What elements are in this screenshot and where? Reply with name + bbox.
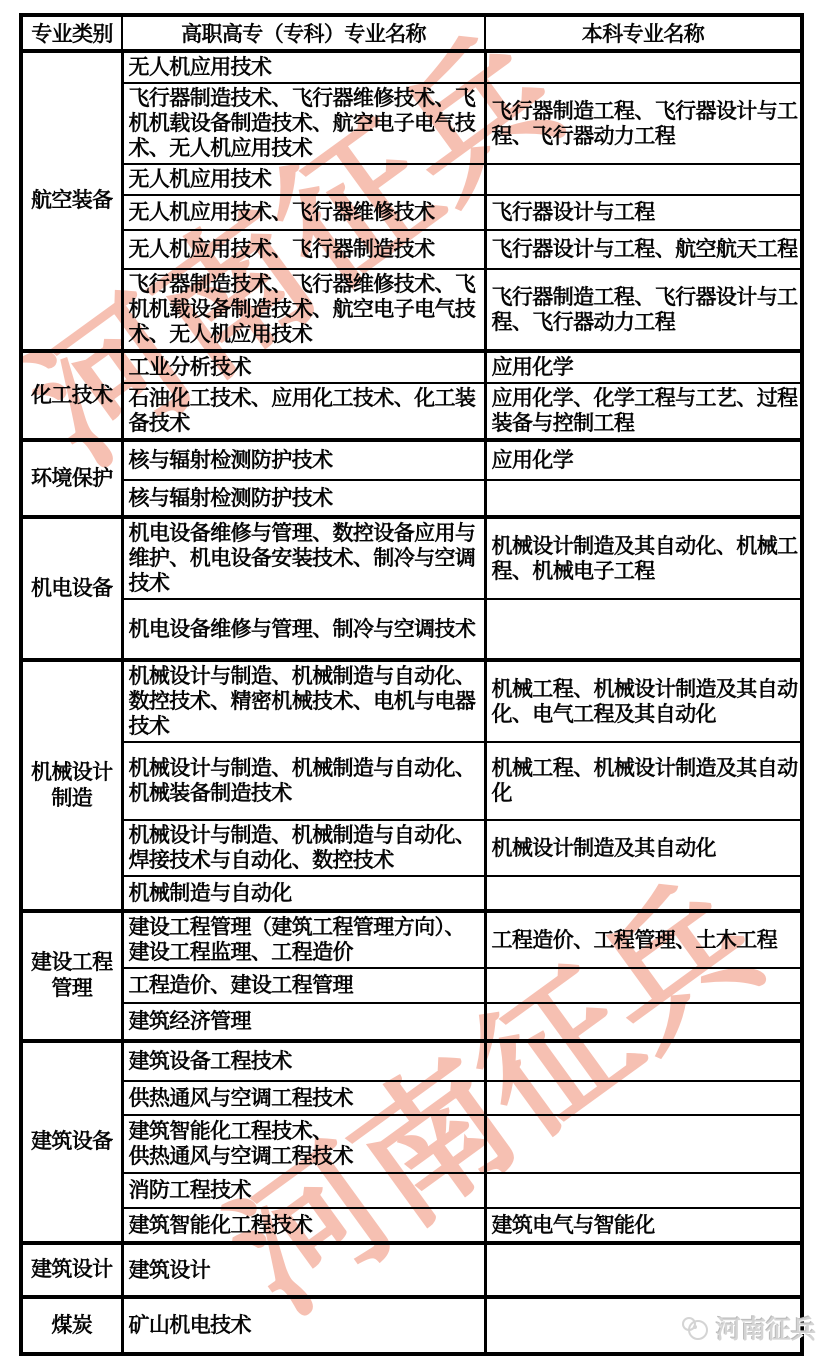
table-row: 机械制造与自动化 (21, 876, 802, 911)
vocational-majors-cell: 供热通风与空调工程技术 (122, 1081, 485, 1115)
vocational-majors-cell: 机电设备维修与管理、数控设备应用与维护、机电设备安装技术、制冷与空调技术 (122, 517, 485, 599)
undergrad-majors-cell: 工程造价、工程管理、土木工程 (485, 911, 802, 968)
vocational-majors-cell: 无人机应用技术 (122, 51, 485, 83)
document-page: 专业类别 高职高专（专科）专业名称 本科专业名称 航空装备 无人机应用技术 飞行… (0, 0, 816, 1369)
undergrad-majors-cell: 飞行器设计与工程、航空航天工程 (485, 230, 802, 269)
table-row: 化工技术 工业分析技术 应用化学 (21, 351, 802, 383)
vocational-majors-cell: 机械制造与自动化 (122, 876, 485, 911)
table-row: 建设工程管理 建设工程管理（建筑工程管理方向）、建设工程监理、工程造价 工程造价… (21, 911, 802, 968)
table-row: 机械设计制造 机械设计与制造、机械制造与自动化、数控技术、精密机械技术、电机与电… (21, 660, 802, 742)
vocational-majors-cell: 建筑经济管理 (122, 1003, 485, 1041)
table-row: 机电设备维修与管理、制冷与空调技术 (21, 599, 802, 660)
vocational-majors-cell: 无人机应用技术、飞行器维修技术 (122, 195, 485, 230)
undergrad-majors-cell (485, 51, 802, 83)
vocational-majors-cell: 机械设计与制造、机械制造与自动化、数控技术、精密机械技术、电机与电器技术 (122, 660, 485, 742)
vocational-majors-cell: 工程造价、建设工程管理 (122, 968, 485, 1003)
category-cell: 机械设计制造 (21, 660, 122, 911)
brand-logo: 河南征兵 (679, 1310, 816, 1346)
table-row: 飞行器制造技术、飞行器维修技术、飞机机载设备制造技术、航空电子电气技术、无人机应… (21, 83, 802, 164)
vocational-majors-cell: 石油化工技术、应用化工技术、化工装备技术 (122, 383, 485, 440)
brand-logo-label: 河南征兵 (716, 1310, 816, 1346)
undergrad-majors-cell (485, 968, 802, 1003)
vocational-majors-cell: 消防工程技术 (122, 1173, 485, 1208)
undergrad-majors-cell: 机械工程、机械设计制造及其自动化 (485, 742, 802, 820)
vocational-majors-cell: 矿山机电技术 (122, 1297, 485, 1354)
vocational-majors-cell: 工业分析技术 (122, 351, 485, 383)
category-cell: 建筑设计 (21, 1243, 122, 1297)
category-cell: 环境保护 (21, 440, 122, 517)
majors-table: 专业类别 高职高专（专科）专业名称 本科专业名称 航空装备 无人机应用技术 飞行… (19, 13, 804, 1356)
undergrad-majors-cell: 应用化学 (485, 351, 802, 383)
table-row: 无人机应用技术、飞行器维修技术 飞行器设计与工程 (21, 195, 802, 230)
undergrad-majors-cell: 机械工程、机械设计制造及其自动化、电气工程及其自动化 (485, 660, 802, 742)
category-cell: 机电设备 (21, 517, 122, 660)
vocational-majors-cell: 建筑智能化工程技术、 供热通风与空调工程技术 (122, 1115, 485, 1173)
vocational-majors-cell: 建筑智能化工程技术 (122, 1208, 485, 1243)
column-header-undergraduate: 本科专业名称 (485, 15, 802, 51)
vocational-majors-cell: 核与辐射检测防护技术 (122, 480, 485, 517)
undergrad-majors-cell: 飞行器设计与工程 (485, 195, 802, 230)
table-row: 飞行器制造技术、飞行器维修技术、飞机机载设备制造技术、航空电子电气技术、无人机应… (21, 269, 802, 351)
table-row: 环境保护 核与辐射检测防护技术 应用化学 (21, 440, 802, 480)
column-header-vocational: 高职高专（专科）专业名称 (122, 15, 485, 51)
undergrad-majors-cell (485, 1243, 802, 1297)
undergrad-majors-cell (485, 480, 802, 517)
undergrad-majors-cell: 机械设计制造及其自动化 (485, 820, 802, 876)
category-cell: 建筑设备 (21, 1041, 122, 1243)
table-row: 机械设计与制造、机械制造与自动化、焊接技术与自动化、数控技术 机械设计制造及其自… (21, 820, 802, 876)
undergrad-majors-cell: 飞行器制造工程、飞行器设计与工程、飞行器动力工程 (485, 83, 802, 164)
vocational-majors-cell: 机电设备维修与管理、制冷与空调技术 (122, 599, 485, 660)
table-row: 核与辐射检测防护技术 (21, 480, 802, 517)
table-row: 机电设备 机电设备维修与管理、数控设备应用与维护、机电设备安装技术、制冷与空调技… (21, 517, 802, 599)
undergrad-majors-cell: 飞行器制造工程、飞行器设计与工程、飞行器动力工程 (485, 269, 802, 351)
undergrad-majors-cell (485, 876, 802, 911)
table-row: 建筑设计 建筑设计 (21, 1243, 802, 1297)
table-row: 消防工程技术 (21, 1173, 802, 1208)
table-row: 建筑设备 建筑设备工程技术 (21, 1041, 802, 1081)
vocational-majors-cell: 核与辐射检测防护技术 (122, 440, 485, 480)
vocational-majors-cell: 机械设计与制造、机械制造与自动化、机械装备制造技术 (122, 742, 485, 820)
column-header-category: 专业类别 (21, 15, 122, 51)
table-row: 无人机应用技术 (21, 164, 802, 195)
undergrad-majors-cell (485, 1003, 802, 1041)
table-row: 建筑智能化工程技术 建筑电气与智能化 (21, 1208, 802, 1243)
table-row: 供热通风与空调工程技术 (21, 1081, 802, 1115)
vocational-majors-cell: 无人机应用技术、飞行器制造技术 (122, 230, 485, 269)
table-row: 石油化工技术、应用化工技术、化工装备技术 应用化学、化学工程与工艺、过程装备与控… (21, 383, 802, 440)
undergrad-majors-cell: 应用化学 (485, 440, 802, 480)
undergrad-majors-cell (485, 164, 802, 195)
undergrad-majors-cell (485, 1173, 802, 1208)
vocational-majors-cell: 飞行器制造技术、飞行器维修技术、飞机机载设备制造技术、航空电子电气技术、无人机应… (122, 269, 485, 351)
category-cell: 航空装备 (21, 51, 122, 351)
table-row: 建筑经济管理 (21, 1003, 802, 1041)
table-row: 机械设计与制造、机械制造与自动化、机械装备制造技术 机械工程、机械设计制造及其自… (21, 742, 802, 820)
category-cell: 建设工程管理 (21, 911, 122, 1041)
table-row: 工程造价、建设工程管理 (21, 968, 802, 1003)
undergrad-majors-cell (485, 1115, 802, 1173)
undergrad-majors-cell: 建筑电气与智能化 (485, 1208, 802, 1243)
table-row: 航空装备 无人机应用技术 (21, 51, 802, 83)
category-cell: 化工技术 (21, 351, 122, 440)
vocational-majors-cell: 机械设计与制造、机械制造与自动化、焊接技术与自动化、数控技术 (122, 820, 485, 876)
undergrad-majors-cell: 机械设计制造及其自动化、机械工程、机械电子工程 (485, 517, 802, 599)
vocational-majors-cell: 建筑设备工程技术 (122, 1041, 485, 1081)
brand-icon (679, 1314, 711, 1342)
vocational-majors-cell: 无人机应用技术 (122, 164, 485, 195)
vocational-majors-cell: 飞行器制造技术、飞行器维修技术、飞机机载设备制造技术、航空电子电气技术、无人机应… (122, 83, 485, 164)
category-cell: 煤炭 (21, 1297, 122, 1354)
undergrad-majors-cell (485, 599, 802, 660)
table-row: 建筑智能化工程技术、 供热通风与空调工程技术 (21, 1115, 802, 1173)
undergrad-majors-cell: 应用化学、化学工程与工艺、过程装备与控制工程 (485, 383, 802, 440)
vocational-majors-cell: 建设工程管理（建筑工程管理方向）、建设工程监理、工程造价 (122, 911, 485, 968)
vocational-majors-cell: 建筑设计 (122, 1243, 485, 1297)
undergrad-majors-cell (485, 1041, 802, 1081)
undergrad-majors-cell (485, 1081, 802, 1115)
table-row: 无人机应用技术、飞行器制造技术 飞行器设计与工程、航空航天工程 (21, 230, 802, 269)
